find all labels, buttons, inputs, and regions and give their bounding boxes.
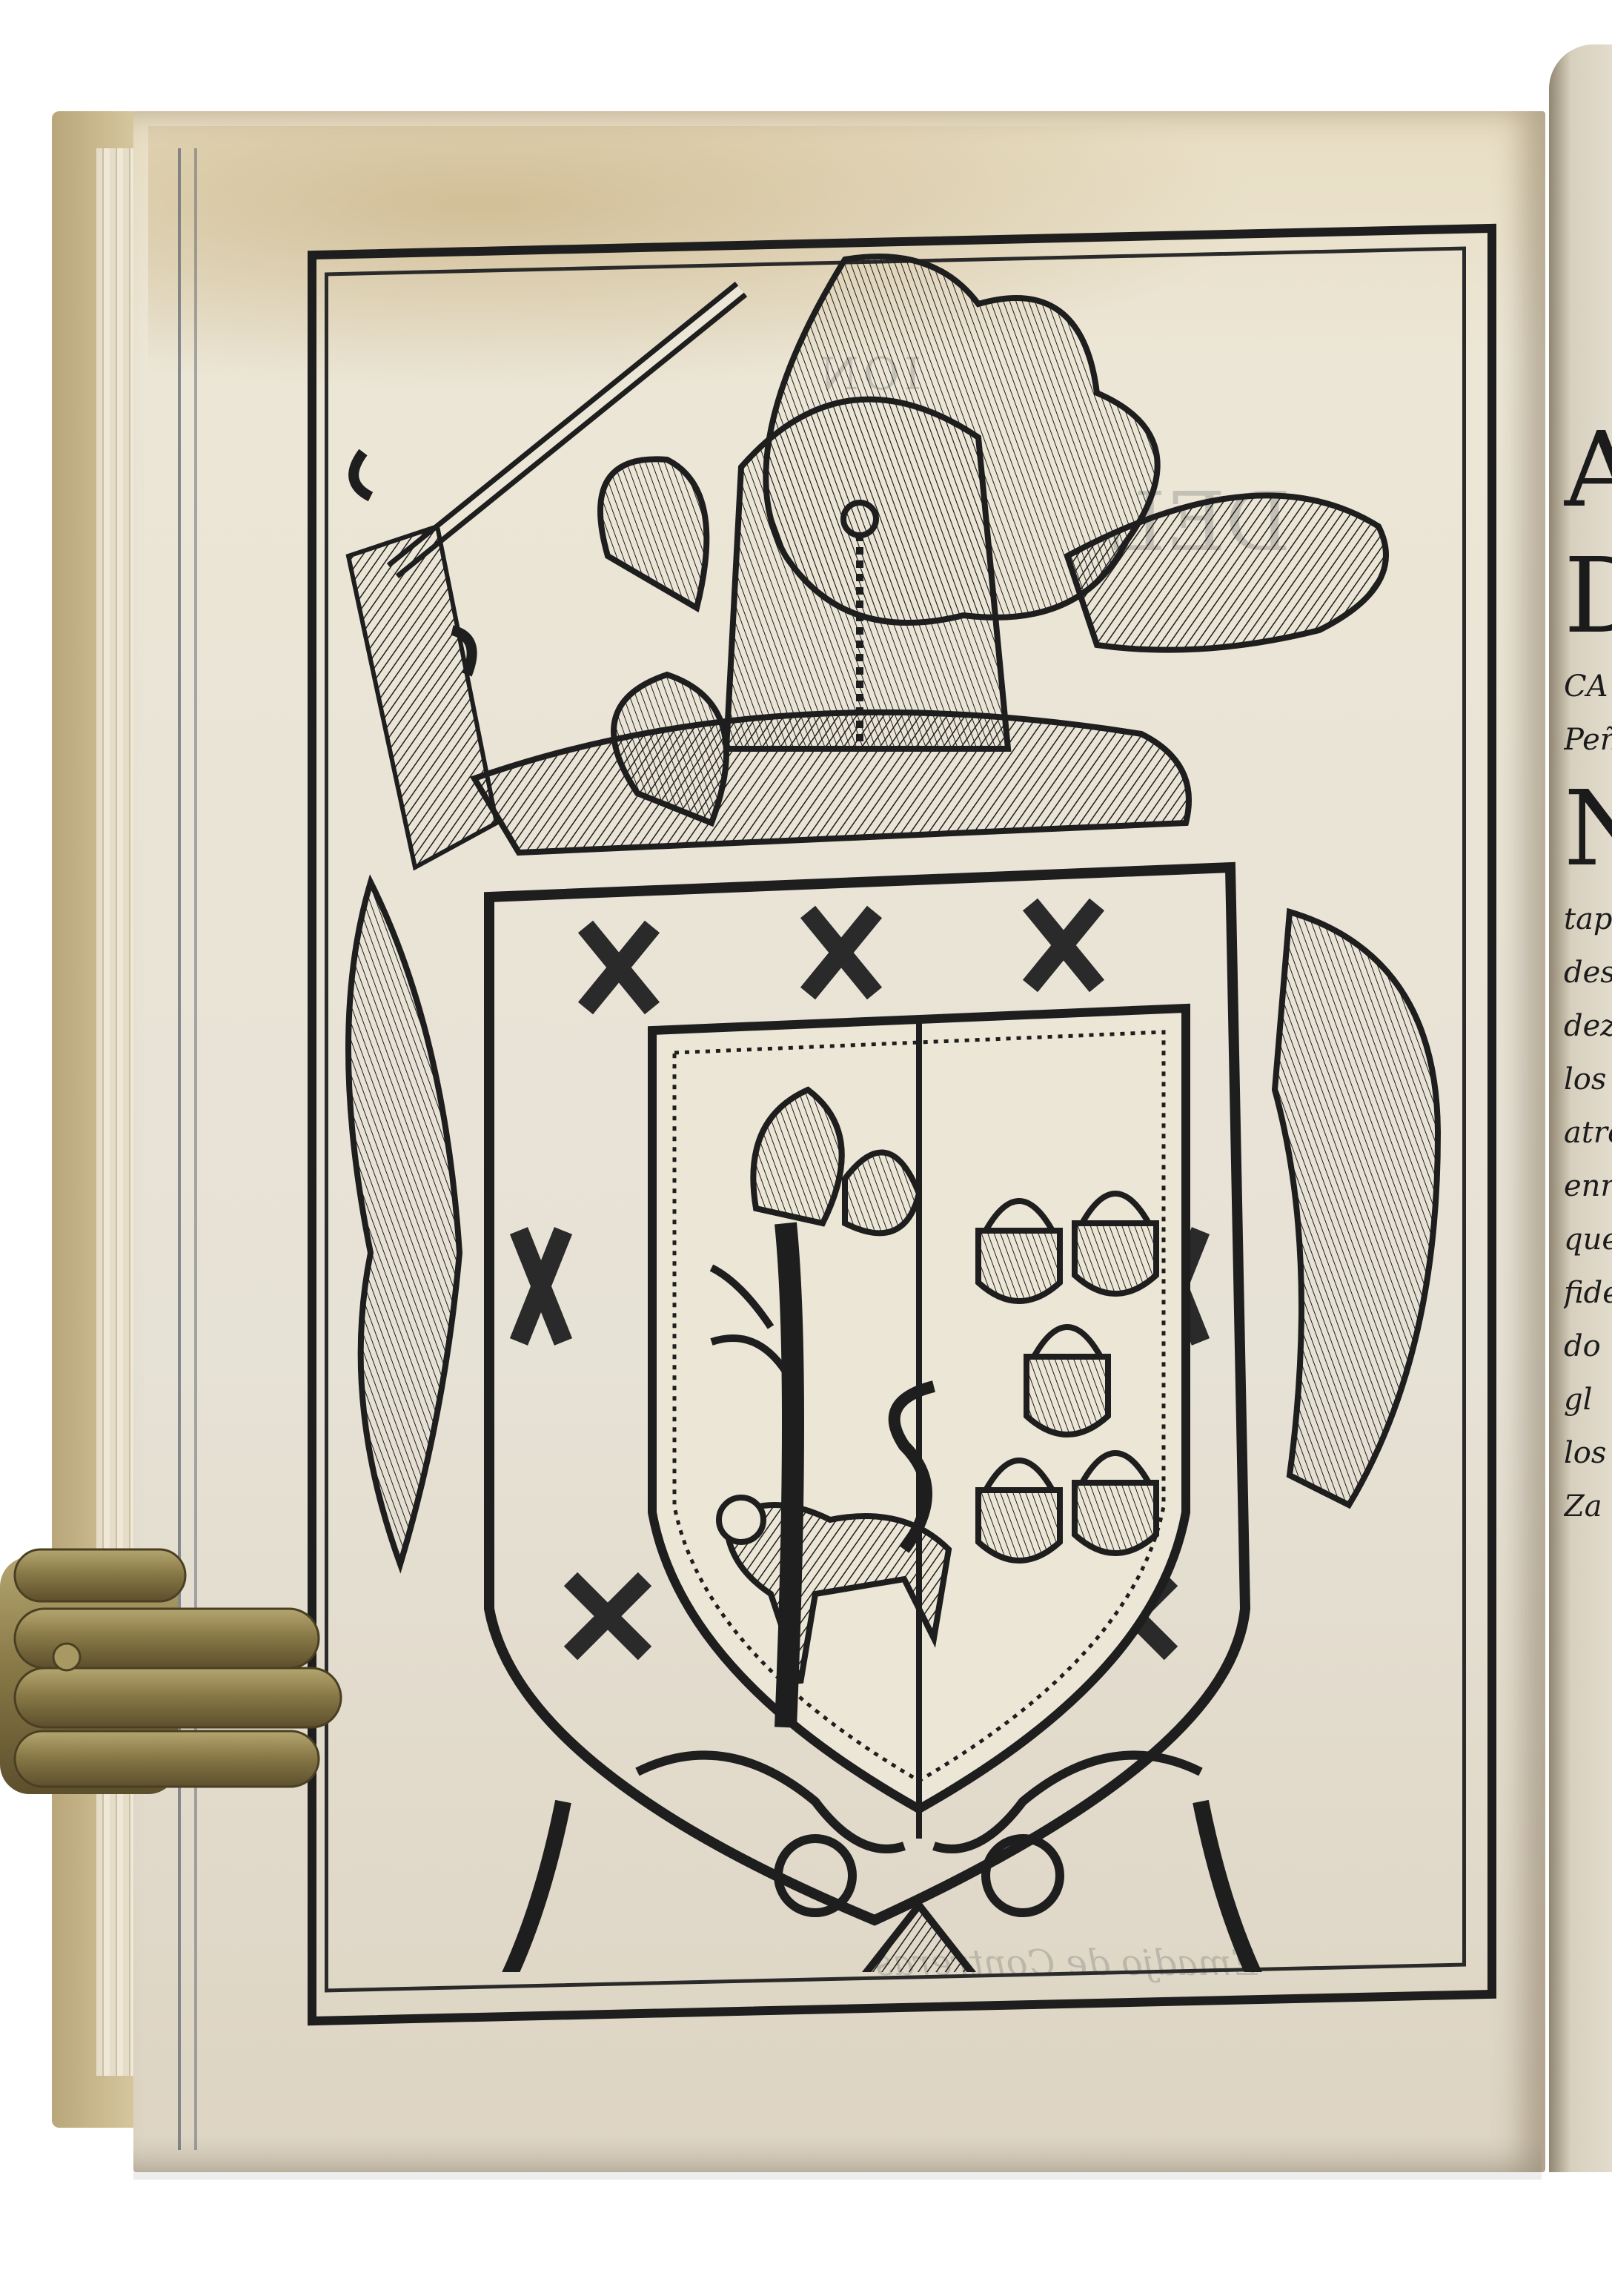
- ribbon-right: [1201, 1802, 1290, 1972]
- right-page-text: A D CA Peñ N tap des deza los de atreu e…: [1564, 408, 1612, 1533]
- helmet-icon: [726, 400, 1008, 749]
- text-line: do: [1564, 1320, 1612, 1373]
- text-line: Za: [1564, 1480, 1612, 1533]
- page-line: [194, 148, 197, 2150]
- text-line: los: [1564, 1426, 1612, 1480]
- initial-letter: D: [1564, 534, 1612, 660]
- page-shadow: [133, 2135, 1542, 2180]
- coat-of-arms-woodcut: [326, 245, 1482, 1972]
- text-line: gl: [1564, 1373, 1612, 1426]
- brass-hand-clip-icon: [0, 1498, 400, 1809]
- shield-icon: [652, 1008, 1186, 1839]
- text-line: deza: [1564, 999, 1612, 1053]
- initial-letter: A: [1564, 408, 1612, 534]
- mantling-right: [1275, 912, 1438, 1505]
- text-line: fider: [1564, 1266, 1612, 1320]
- text-line: tap: [1564, 893, 1612, 946]
- book-photo: ION DEL Emadjo de Contreras: [0, 0, 1612, 2296]
- text-line: atreu: [1564, 1106, 1612, 1159]
- text-line: N: [1564, 767, 1612, 893]
- mantling-left: [348, 882, 460, 1564]
- text-line: des: [1564, 946, 1612, 999]
- ribbon-left: [474, 1802, 563, 1972]
- page-line: [178, 148, 181, 2150]
- text-line: CA: [1564, 660, 1612, 713]
- text-line: enriq: [1564, 1159, 1612, 1213]
- text-line: que d: [1564, 1213, 1612, 1266]
- cartouche-band: [474, 712, 1189, 853]
- text-line: los de: [1564, 1053, 1612, 1106]
- text-line: Peñ: [1564, 713, 1612, 767]
